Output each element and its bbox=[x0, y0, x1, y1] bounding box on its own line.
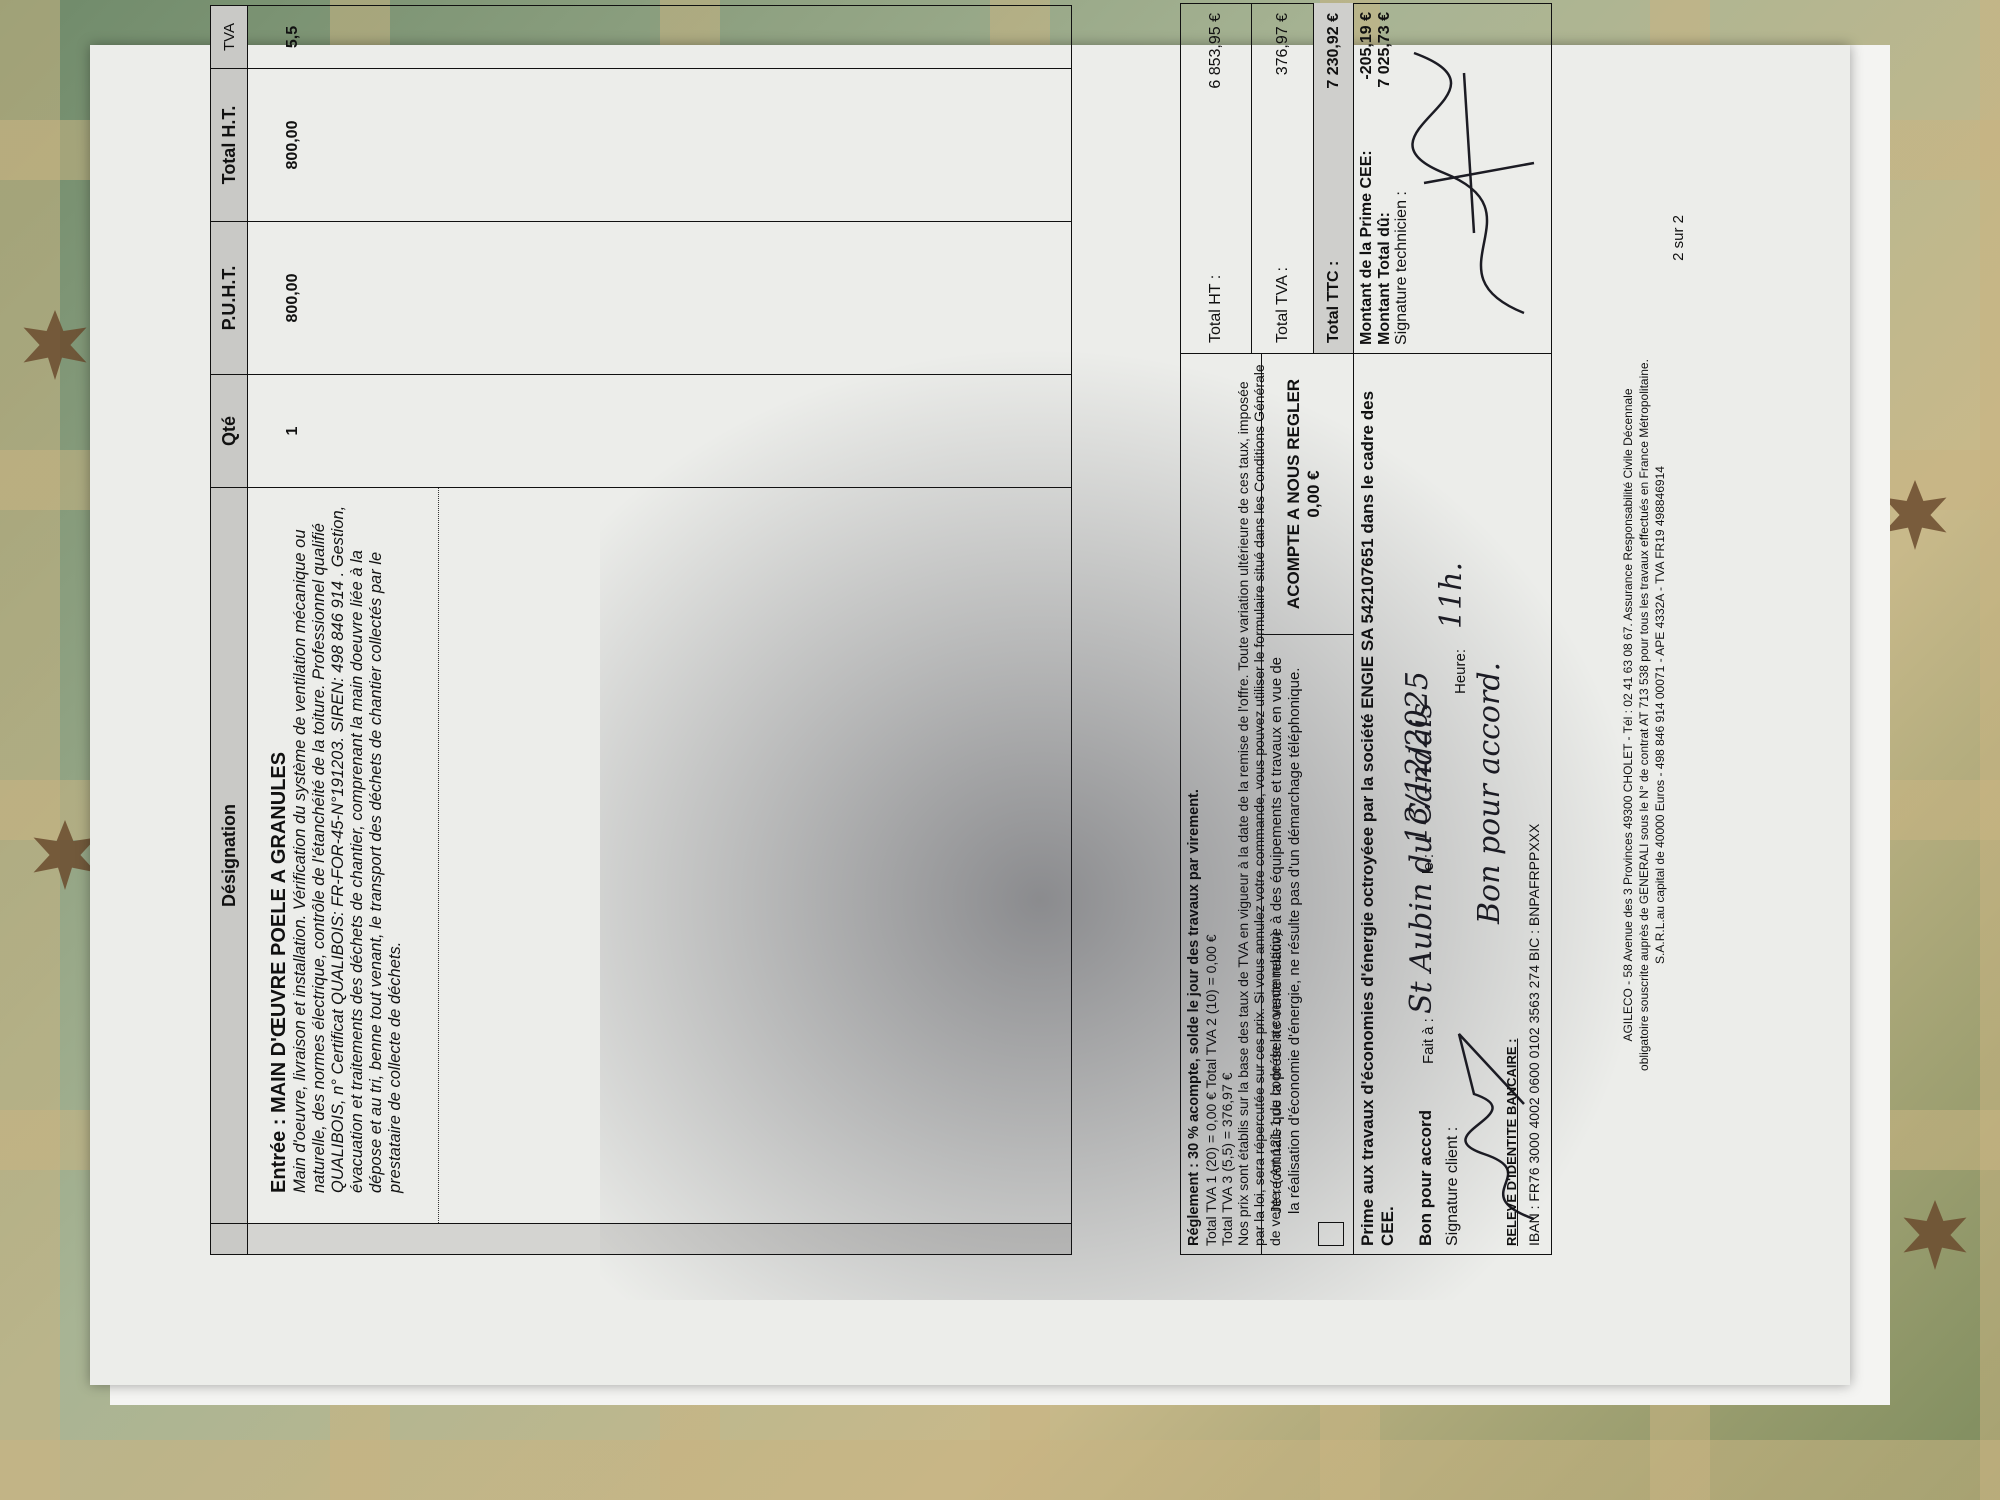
tva-cell: 5,5 bbox=[248, 6, 439, 69]
total-due-row: Montant Total dû: 7 025,73 € bbox=[1376, 12, 1394, 345]
quote-page: Désignation Qté P.U.H.T. Total H.T. TVA … bbox=[90, 45, 1850, 1385]
col-puht: P.U.H.T. bbox=[211, 222, 248, 375]
col-total-ht: Total H.T. bbox=[211, 69, 248, 222]
iban-bic: IBAN : FR76 3000 4002 0600 0102 3563 274… bbox=[1526, 824, 1542, 1246]
designation-cell: Entrée : MAIN D'ŒUVRE POELE A GRANULES M… bbox=[248, 488, 439, 1224]
col-qty: Qté bbox=[211, 375, 248, 488]
col-designation: Désignation bbox=[211, 488, 248, 1224]
col-tva: TVA bbox=[211, 6, 248, 69]
col-spacer bbox=[211, 1224, 248, 1255]
company-footer: AGILECO - 58 Avenue des 3 Provinces 4930… bbox=[1620, 45, 1669, 1385]
items-table: Désignation Qté P.U.H.T. Total H.T. TVA … bbox=[210, 5, 1072, 1255]
payment-terms: Réglement : 30 % acompte, solde le jour … bbox=[1181, 354, 1261, 1254]
item-description: Main d'oeuvre, livraison et installation… bbox=[291, 496, 405, 1193]
handwritten-approval: Bon pour accord. bbox=[1472, 662, 1507, 924]
phone-sale-declaration: Je reconnais que la présente vente relat… bbox=[1261, 634, 1353, 1254]
prime-amount-row: Montant de la Prime CEE: -205,19 € bbox=[1358, 12, 1376, 345]
summary-block: Réglement : 30 % acompte, solde le jour … bbox=[1180, 3, 1552, 1255]
total-ht-cell: 800,00 bbox=[248, 69, 439, 222]
total-tva-row: Total TVA : 376,97 € bbox=[1251, 3, 1313, 353]
bank-details-label: RELEVE D'IDENTITE BANCAIRE : bbox=[1504, 1039, 1519, 1247]
handwritten-time: 11h. bbox=[1434, 562, 1469, 629]
total-ht-row: Total HT : 6 853,95 € bbox=[1181, 3, 1251, 353]
date-label: le : bbox=[1420, 854, 1437, 874]
technician-signature-icon bbox=[1404, 33, 1544, 333]
declaration-checkbox[interactable] bbox=[1318, 1222, 1344, 1246]
item-title: Entrée : MAIN D'ŒUVRE POELE A GRANULES bbox=[268, 496, 291, 1193]
handwritten-date: 13/12/2025 bbox=[1400, 671, 1435, 844]
time-label: Heure: bbox=[1452, 649, 1469, 694]
bon-pour-accord-label: Bon pour accord bbox=[1416, 1110, 1436, 1246]
fait-a-label: Fait à : bbox=[1420, 1018, 1437, 1064]
puht-cell: 800,00 bbox=[248, 222, 439, 375]
table-row-empty bbox=[439, 6, 1072, 1255]
qty-cell: 1 bbox=[248, 375, 439, 488]
table-row: Entrée : MAIN D'ŒUVRE POELE A GRANULES M… bbox=[248, 6, 439, 1255]
deposit-box: ACOMPTE A NOUS REGLER 0,00 € bbox=[1261, 354, 1353, 634]
amounts-box: Montant de la Prime CEE: -205,19 € Monta… bbox=[1353, 4, 1551, 354]
cee-prime-block: Prime aux travaux d'économies d'énergie … bbox=[1353, 354, 1551, 1254]
page-indicator: 2 sur 2 bbox=[1670, 215, 1687, 261]
totals-box: Total HT : 6 853,95 € Total TVA : 376,97… bbox=[1181, 3, 1353, 354]
total-ttc-row: Total TTC : 7 230,92 € bbox=[1313, 3, 1353, 353]
